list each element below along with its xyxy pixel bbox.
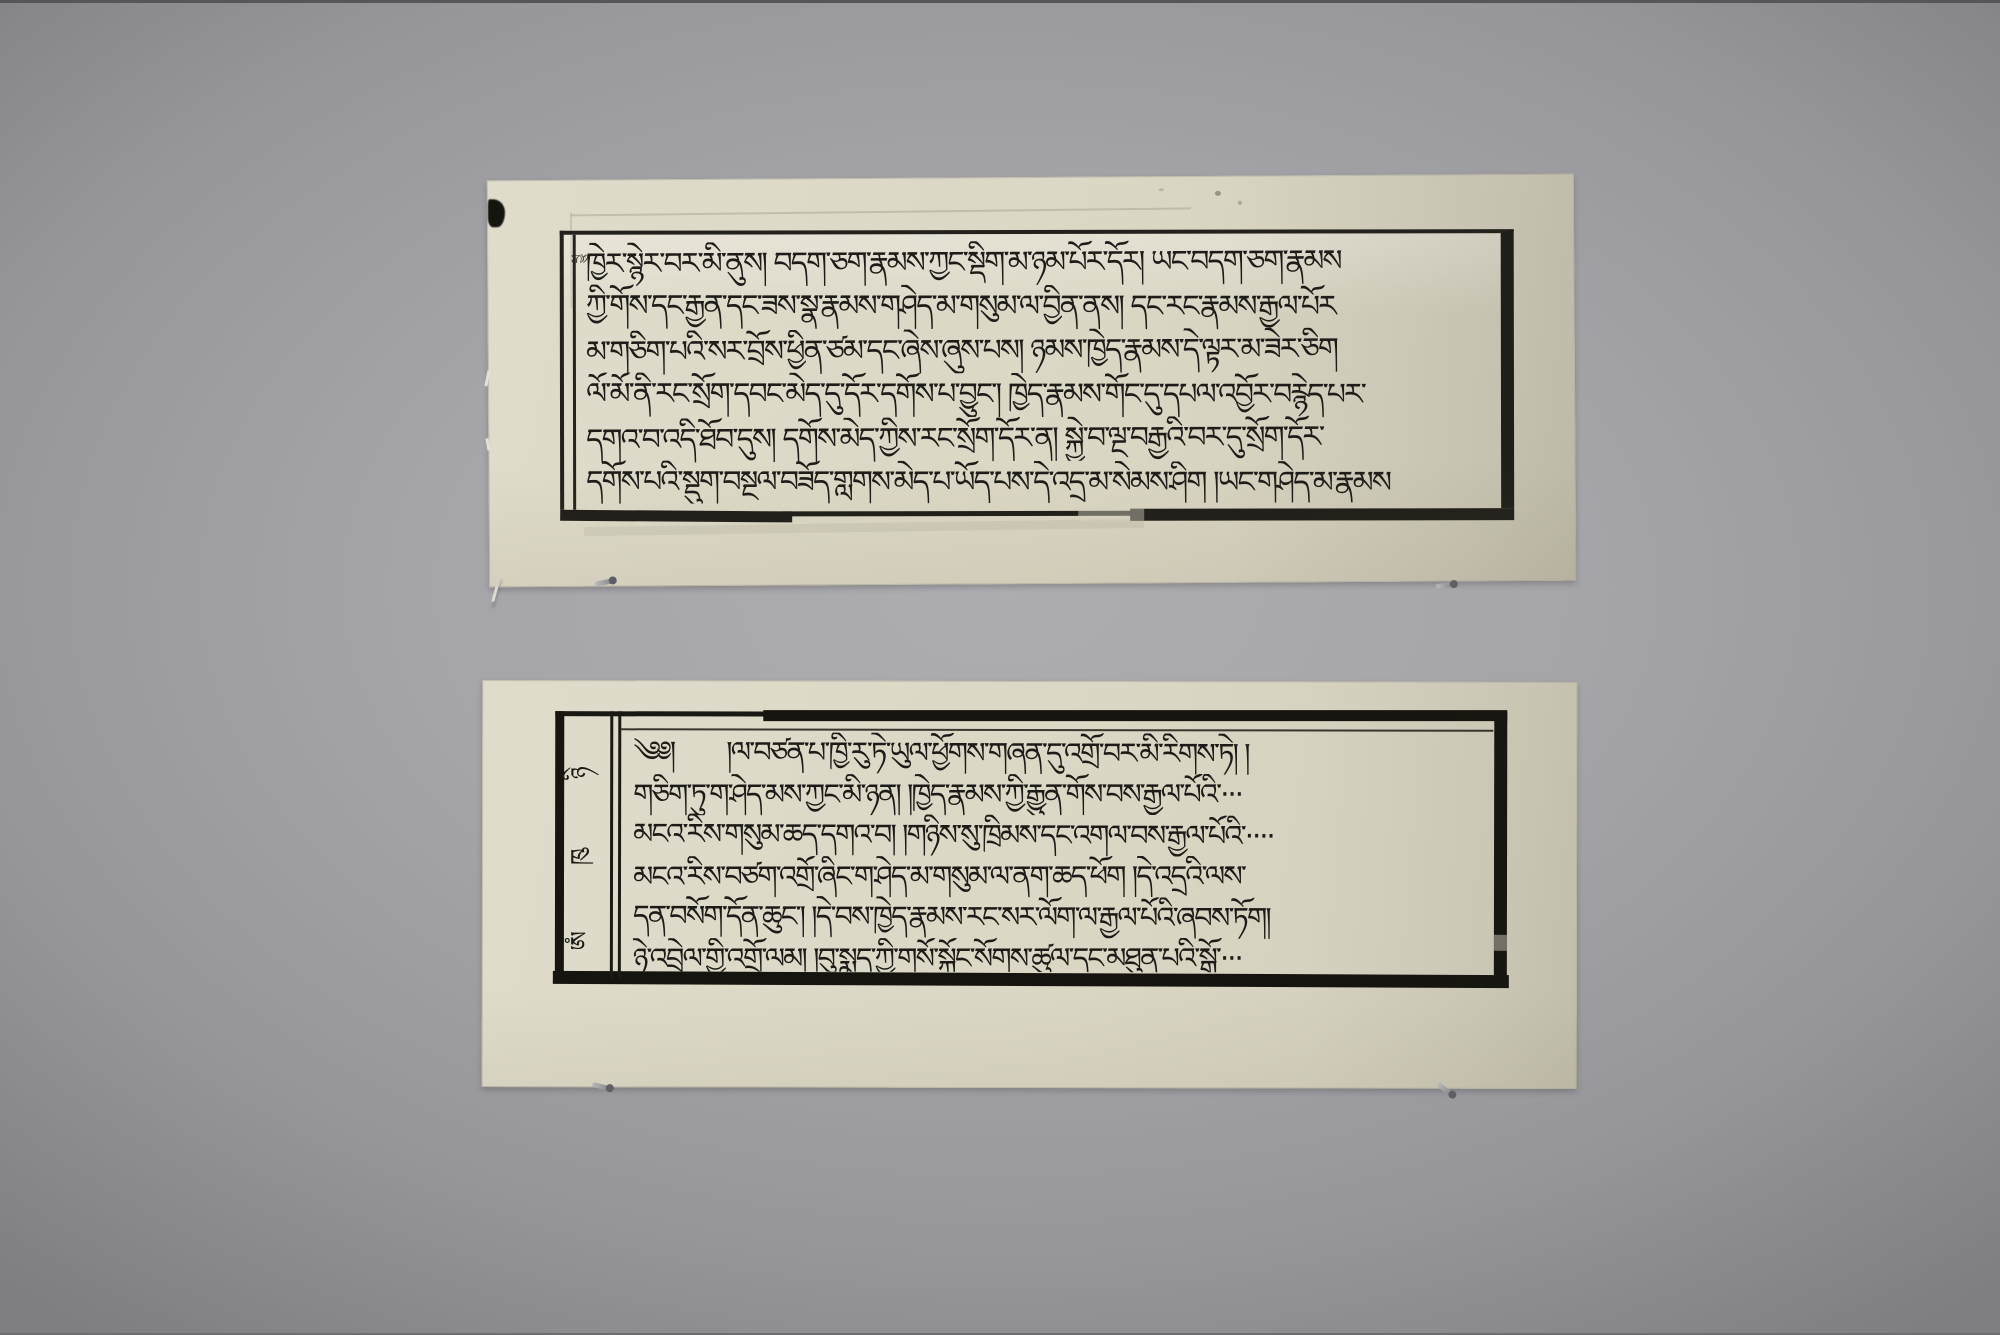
text-line: ཁྱེར་སྙེར་བར་མི་ནུས། བདག་ཅག་རྣམས་ཀྱང་སྡི… (586, 240, 1485, 287)
margin-divider-line (610, 711, 613, 979)
text-block-top-leaf: ཁྱེར་སྙེར་བར་མི་ནུས། བདག་ཅག་རྣམས་ཀྱང་སྡི… (586, 240, 1485, 504)
text-line: གཅིག་ཏུ་ག་ཤེད་མས་ཀྱང་མི་ཉན། །ཁྱེད་རྣམས་ཀ… (633, 774, 1487, 815)
text-line: ལོ་མོ་ནི་རང་སྲོག་དབང་མེད་དུ་དོར་དགོས་པ་བ… (586, 373, 1485, 418)
paper-thread (491, 572, 502, 602)
text-frame-top-leaf: ཕྱུ ཁྱེར་སྙེར་བར་མི་ནུས། བདག་ཅག་རྣམས་ཀྱང… (560, 229, 1514, 510)
text-line: མངའ་རིས་གསུམ་ཆད་དགའ་བ། །གཉིས་སུ་ཁྲིམས་དང… (633, 813, 1487, 857)
manuscript-leaf-top: ཕྱུ ཁྱེར་སྙེར་བར་མི་ནུས། བདག་ཅག་རྣམས་ཀྱང… (487, 174, 1576, 588)
ink-smudge (488, 199, 505, 227)
paper-edge-fiber (484, 370, 490, 386)
mounting-pin (592, 1082, 611, 1091)
text-line: ཉེ་འབྲེལ་གྱི་འགྲོ་ལམ། །བུ་སྨད་ཀྱི་གསོ་སྐ… (633, 938, 1487, 973)
photo-background: ཕྱུ ཁྱེར་སྙེར་བར་མི་ནུས། བདག་ཅག་རྣམས་ཀྱང… (0, 0, 2000, 1335)
stain-speck (1159, 188, 1164, 191)
frame-top-border-thick (763, 710, 1507, 721)
text-line: དན་བསོག་དོན་ཆུང་། །དེ་བས་ཁྱེད་རྣམས་རང་སར… (633, 895, 1487, 939)
frame-bottom-border-segment (560, 510, 792, 523)
brush-gap (1078, 509, 1144, 521)
yig-mgo-head-mark: ༄༅། (633, 732, 674, 772)
stain-speck (1215, 191, 1221, 196)
manuscript-leaf-bottom: ཉི ཁུ ཨཾ ༄༅།།ལ་བཙན་པ་ཁྱི་རུ་ཏེ་ཡུལ་ཕྱོགས… (482, 680, 1578, 1089)
photo-top-edge-line (0, 0, 2000, 3)
margin-column: ཉི ཁུ ཨཾ (564, 711, 610, 979)
ghost-impression (571, 207, 1191, 216)
frame-right-border (1494, 713, 1507, 981)
brush-gap (1494, 935, 1507, 951)
margin-divider-line (618, 711, 621, 979)
frame-double-left-line (573, 235, 576, 510)
text-line: མངའ་རིས་བཙག་འགྲོ་ཞིང་ག་ཤེད་མ་གསུམ་ལ་ནག་ཆ… (633, 856, 1487, 897)
text-line: དགའ་བ་འདི་ཐོབ་དུས། དགོས་མེད་ཀྱིས་རང་སྲོག… (586, 415, 1485, 463)
text-line: ཀྱི་གོས་དང་རྒྱན་དང་ཟས་སྣ་རྣམས་གཤེད་མ་གསུ… (586, 285, 1485, 330)
mounting-pin (1436, 582, 1454, 589)
text-line: ༄༅།།ལ་བཙན་པ་ཁྱི་རུ་ཏེ་ཡུལ་ཕྱོགས་གཞན་དུ་འ… (633, 732, 1487, 775)
text-frame-bottom-leaf: ཉི ཁུ ཨཾ ༄༅།།ལ་བཙན་པ་ཁྱི་རུ་ཏེ་ཡུལ་ཕྱོགས… (555, 711, 1507, 981)
frame-inner-top-line (621, 728, 1493, 732)
frame-bottom-border (553, 971, 1509, 988)
text-line: མ་གཅིག་པའི་སར་བྲོས་ཕྱིན་ཙམ་དང་ཞེས་ཞུས་པས… (586, 327, 1485, 375)
text-block-bottom-leaf: ༄༅།།ལ་བཙན་པ་ཁྱི་རུ་ཏེ་ཡུལ་ཕྱོགས་གཞན་དུ་འ… (633, 732, 1487, 972)
text-line: དགོས་པའི་སྡུག་བསྔལ་བཟོད་གླགས་མེད་པ་ཡོད་པ… (586, 461, 1485, 504)
text-line-content: །ལ་བཙན་པ་ཁྱི་རུ་ཏེ་ཡུལ་ཕྱོགས་གཞན་དུ་འགྲོ… (726, 735, 1249, 771)
paper-edge-fiber (485, 438, 490, 450)
stain-speck (1238, 201, 1242, 205)
frame-bottom-border-segment (1130, 508, 1514, 521)
